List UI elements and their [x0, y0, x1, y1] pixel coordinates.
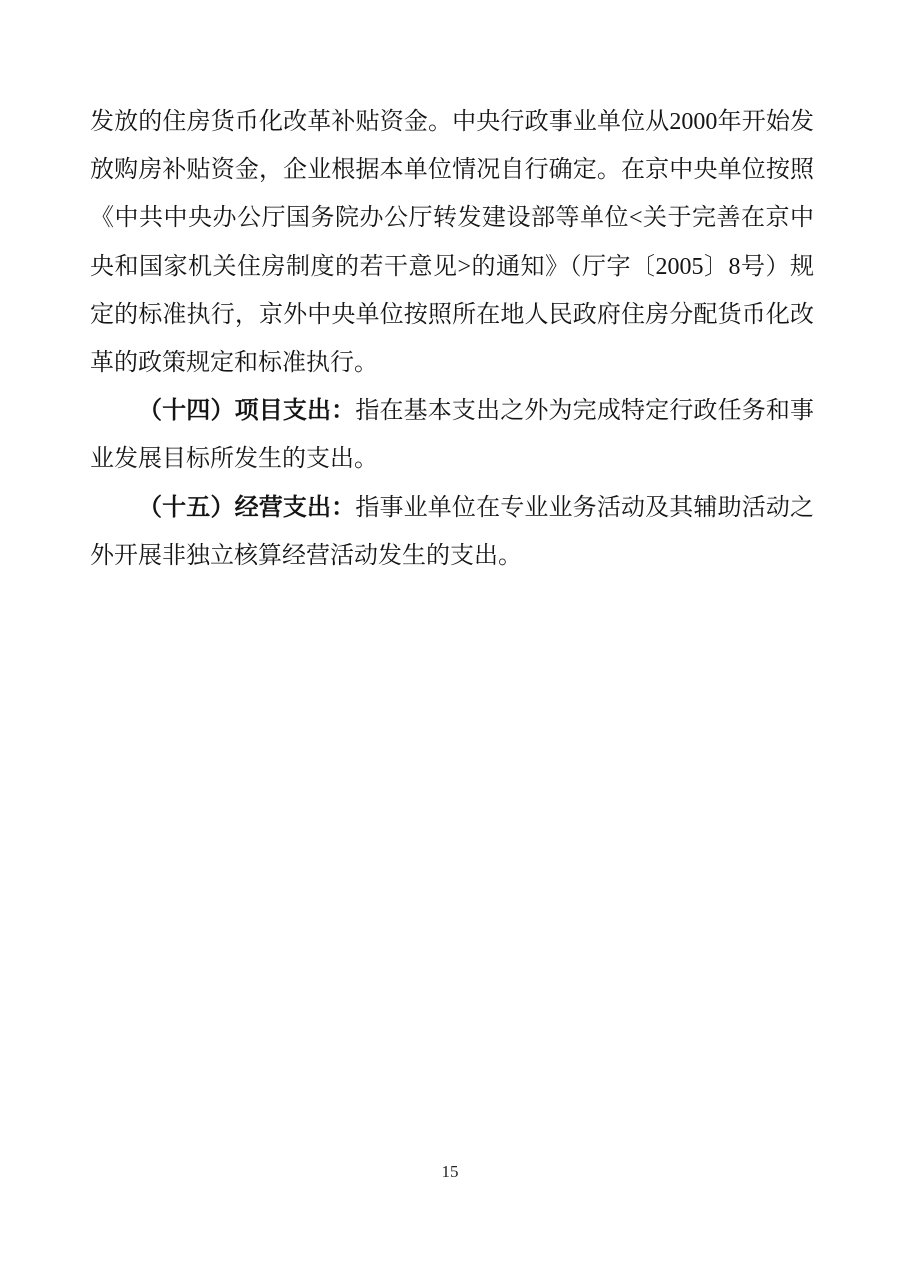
text-line: 放购房补贴资金，企业根据本单位情况自行确定。在京中央单位按照	[90, 146, 814, 194]
document-page: 发放的住房货币化改革补贴资金。中央行政事业单位从2000年开始发 放购房补贴资金…	[0, 0, 900, 1273]
body-text: 发放的住房货币化改革补贴资金。中央行政事业单位从2000年开始发 放购房补贴资金…	[90, 98, 814, 580]
text-line: 定的标准执行，京外中央单位按照所在地人民政府住房分配货币化改	[90, 291, 814, 339]
definition-text: 指在基本支出之外为完成特定行政任务和事	[355, 398, 814, 424]
term-label: （十四）项目支出：	[138, 398, 355, 424]
text-line: 发放的住房货币化改革补贴资金。中央行政事业单位从2000年开始发	[90, 98, 814, 146]
text-line: （十四）项目支出：指在基本支出之外为完成特定行政任务和事	[90, 387, 814, 435]
page-number: 15	[0, 1162, 900, 1182]
definition-text: 指事业单位在专业业务活动及其辅助活动之	[355, 495, 814, 521]
text-line: 外开展非独立核算经营活动发生的支出。	[90, 532, 814, 580]
text-line: 革的政策规定和标准执行。	[90, 339, 814, 387]
text-line: 业发展目标所发生的支出。	[90, 435, 814, 483]
text-line: 《中共中央办公厅国务院办公厅转发建设部等单位<关于完善在京中	[90, 194, 814, 242]
text-line: 央和国家机关住房制度的若干意见>的通知》（厅字〔2005〕8号）规	[90, 243, 814, 291]
text-line: （十五）经营支出：指事业单位在专业业务活动及其辅助活动之	[90, 484, 814, 532]
term-label: （十五）经营支出：	[138, 495, 355, 521]
